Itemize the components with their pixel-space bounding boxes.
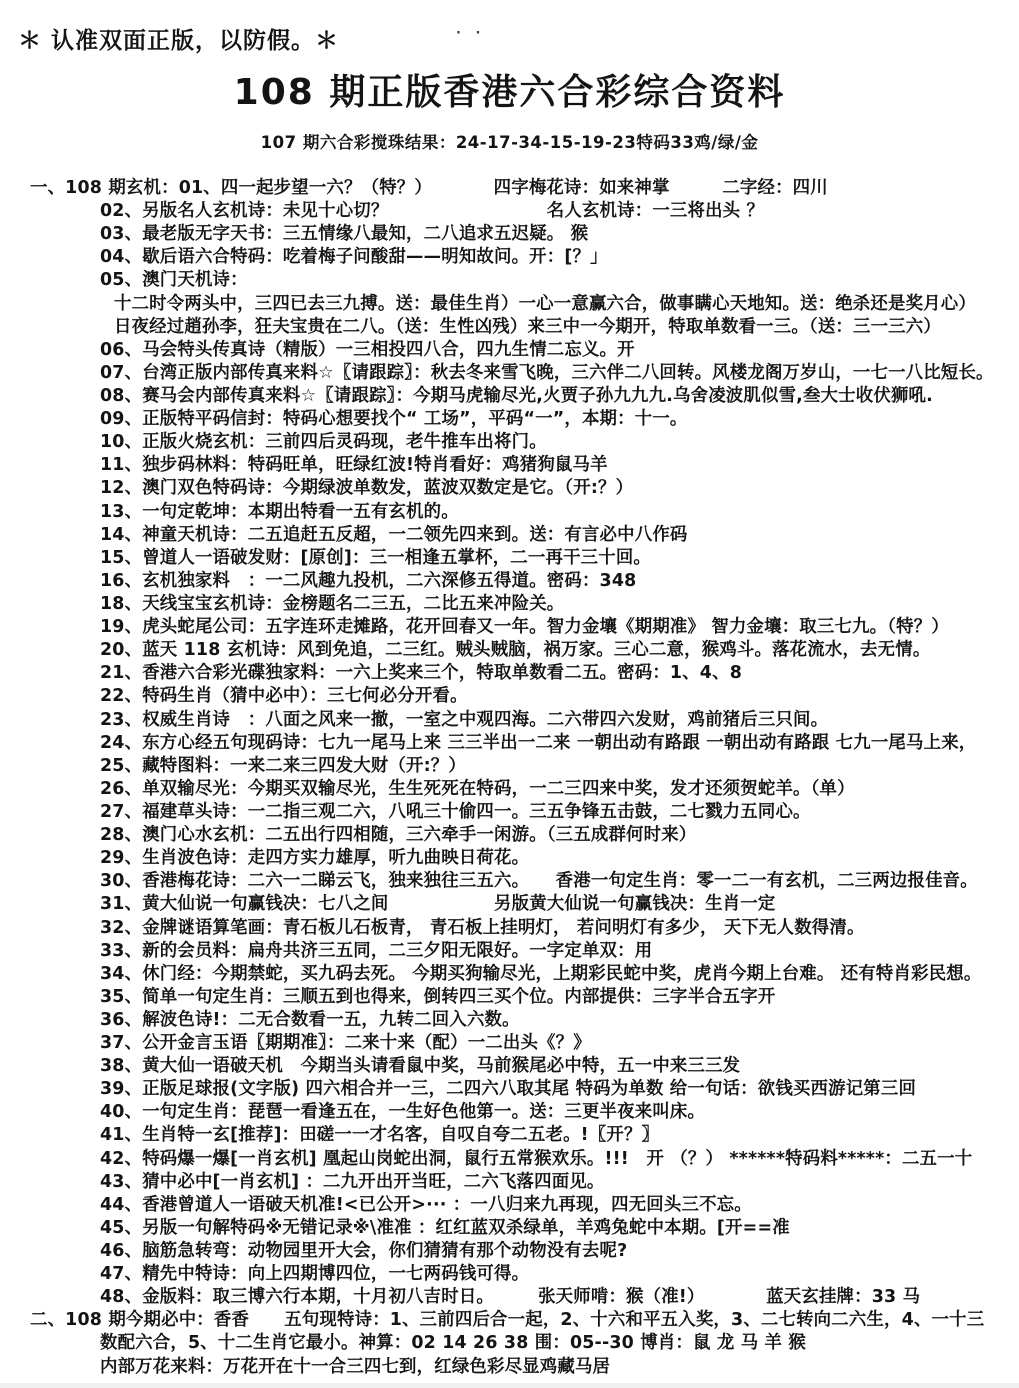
body-line: 31、黄大仙说一句赢钱决：七八之间 另版黄大仙说一句赢钱决：生肖一定 [0, 893, 1019, 916]
body-line: 34、休门经：今期禁蛇，买九码去死。 今期买狗输尽光，上期彩民蛇中奖，虎肖今期上… [0, 963, 1019, 986]
body-line: 32、金牌谜语算笔画：青石板儿石板青， 青石板上挂明灯， 若问明灯有多少， 天下… [0, 917, 1019, 940]
body-line: 二、108 期今期必中：香香 五句现特诗：1、三前四后合一起，2、十六和平五入奖… [0, 1309, 1019, 1332]
body-line: 36、解波色诗!：二无合数看一五，九转二回入六数。 [0, 1009, 1019, 1032]
body-line: 42、特码爆一爆[一肖玄机] 凰起山岗蛇出洞，鼠行五常猴欢乐。!!! 开 （？）… [0, 1148, 1019, 1171]
body-line: 11、独步码林料：特码旺单，旺绿红波!特肖看好：鸡猪狗鼠马羊 [0, 454, 1019, 477]
body-line: 25、藏特图料：一来二来三四发大财（开:？） [0, 755, 1019, 778]
body-line: 06、马会特头传真诗（精版）一三相投四八合，四九生情二忘义。开 [0, 339, 1019, 362]
body-line: 21、香港六合彩光碟独家料：一六上奖来三个，特取单数看二五。密码：1、4、8 [0, 662, 1019, 685]
page-title: 108 期正版香港六合彩综合资料 [0, 64, 1019, 115]
body-line: 13、一句定乾坤：本期出特看一五有玄机的。 [0, 501, 1019, 524]
body-line: 内部万花来料：万花开在十一合三四七到，红绿色彩尽显鸡藏马居 [0, 1356, 1019, 1379]
body-line: 46、脑筋急转弯：动物园里开大会，你们猜猜有那个动物没有去呢? [0, 1240, 1019, 1263]
body-line: 10、正版火烧玄机：三前四后灵码现，老牛推车出将门。 [0, 431, 1019, 454]
body-line: 数配六合，5、十二生肖它最小。神算：02 14 26 38 围：05--30 博… [0, 1332, 1019, 1355]
body-line: 23、权威生肖诗 ：八面之风来一撤，一室之中观四海。二六带四六发财，鸡前猪后三只… [0, 709, 1019, 732]
body-line: 20、蓝天 118 玄机诗：风到免追，二三红。贼头贼脑，祸万家。三心二意，猴鸡斗… [0, 639, 1019, 662]
body-line: 28、澳门心水玄机：二五出行四相随，三六牵手一闲游。（三五成群何时来） [0, 824, 1019, 847]
body-line: 一、108 期玄机：01、四一起步望一六？（特？） 四字梅花诗：如来神掌 二字经… [0, 177, 1019, 200]
body-line: 08、赛马会内部传真来料☆〖请跟踪〗：今期马虎输尽光,火贾子孙九九九.乌舍凌波肌… [0, 385, 1019, 408]
body-line: 24、东方心经五句现码诗：七九一尾马上来 三三半出一二来 一朝出动有路跟 一朝出… [0, 732, 1019, 755]
body-line: 04、歇后语六合特码：吃着梅子问酸甜——明知故问。开：[？」 [0, 246, 1019, 269]
body-line: 40、一句定生肖：琵琶一看逢五在，一生好色他第一。送：三更半夜来叫床。 [0, 1101, 1019, 1124]
body-line: 15、曾道人一语破发财：[原创]：三一相逢五掌杯，二一再干三十回。 [0, 547, 1019, 570]
content-lines: 一、108 期玄机：01、四一起步望一六？（特？） 四字梅花诗：如来神掌 二字经… [0, 177, 1019, 1379]
body-line: 39、正版足球报(文字版) 四六相合并一三，二四六八取其尾 特码为单数 给一句话… [0, 1078, 1019, 1101]
body-line: 16、玄机独家料 ：一二风趣九投机，二六深修五得道。密码：348 [0, 570, 1019, 593]
body-line: 18、天线宝宝玄机诗：金榜题名二三五，二比五来冲险关。 [0, 593, 1019, 616]
body-line: 47、精先中特诗：向上四期博四位，一七两码钱可得。 [0, 1263, 1019, 1286]
stray-dots: · · [456, 26, 485, 41]
body-line: 05、澳门天机诗： [0, 269, 1019, 292]
body-line: 33、新的会员料：扁舟共济三五同，二三夕阳无限好。一字定单双：用 [0, 940, 1019, 963]
body-line: 14、神童天机诗：二五追赶五反超，一二领先四来到。送：有言必中八作码 [0, 524, 1019, 547]
body-line: 44、香港曾道人一语破天机准!<已公开>··· ：一八归来九再现，四无回头三不忘… [0, 1194, 1019, 1217]
body-line: 02、另版名人玄机诗：未见十心切？ 名人玄机诗：一三将出头 ？ [0, 200, 1019, 223]
body-line: 12、澳门双色特码诗：今期绿波单数发，蓝波双数定是它。（开:？） [0, 477, 1019, 500]
body-line: 30、香港梅花诗：二六一二睇云飞，独来独往三五六。 香港一句定生肖：零一二一有玄… [0, 870, 1019, 893]
body-line: 43、猜中必中[一肖玄机] ：二九开出开当旺，二六飞落四面见。 [0, 1171, 1019, 1194]
body-line: 26、单双输尽光：今期买双输尽光，生生死死在特码，一二三四来中奖，发才还须贺蛇羊… [0, 778, 1019, 801]
body-line: 41、生肖特一玄[推荐]：田磋一一才名客，自叹自夸二五老。!〖开？〗 [0, 1124, 1019, 1147]
body-line: 03、最老版无字天书：三五情缘八最知，二八追求五迟疑。 猴 [0, 223, 1019, 246]
body-line: 37、公开金言玉语〖期期准〗：二来十来（配）一二出头《？》 [0, 1032, 1019, 1055]
body-line: 09、正版特平码信封：特码心想要找个“ 工场”，平码“一”，本期：十一。 [0, 408, 1019, 431]
body-line: 22、特码生肖（猜中必中）：三七何必分开看。 [0, 685, 1019, 708]
previous-draw-result: 107 期六合彩搅珠结果：24-17-34-15-19-23特码33鸡/绿/金 [0, 129, 1019, 153]
body-line: 19、虎头蛇尾公司：五字连环走摊路，花开回春又一年。智力金壤《期期准》 智力金壤… [0, 616, 1019, 639]
body-line: 45、另版一句解特码※无错记录※\准准 ：红红蓝双杀绿单，羊鸡兔蛇中本期。[开=… [0, 1217, 1019, 1240]
body-line: 十二时令两头中，三四已去三九搏。送：最佳生肖）一心一意赢六合，做事瞒心天地知。送… [0, 293, 1019, 316]
body-line: 29、生肖波色诗：走四方实力雄厚，听九曲映日荷花。 [0, 847, 1019, 870]
body-line: 35、简单一句定生肖：三顺五到也得来，倒转四三买个位。内部提供：三字半合五字开 [0, 986, 1019, 1009]
lottery-info-sheet: { "header": { "notice": "＊ 认准双面正版，以防假。＊"… [0, 0, 1019, 1388]
scan-edge-band [0, 1383, 1019, 1388]
body-line: 38、黄大仙一语破天机 今期当头请看鼠中奖，马前猴尾必中特，五一中来三三发 [0, 1055, 1019, 1078]
body-line: 07、台湾正版内部传真来料☆〖请跟踪〗：秋去冬来雪飞晚，三六伴二八回转。风楼龙阁… [0, 362, 1019, 385]
anti-counterfeit-notice: ＊ 认准双面正版，以防假。＊ [18, 22, 339, 55]
body-line: 27、福建草头诗：一二指三观二六，八吼三十偷四一。三五争锋五击鼓，二七戮力五同心… [0, 801, 1019, 824]
body-line: 48、金版料：取三博六行本期，十月初八吉时日。 张天师啃：猴（准!） 蓝天玄挂牌… [0, 1286, 1019, 1309]
body-line: 日夜经过趙孙李，狂夫宝贵在二八。（送：生性凶残）来三中一今期开，特取单数看一三。… [0, 316, 1019, 339]
